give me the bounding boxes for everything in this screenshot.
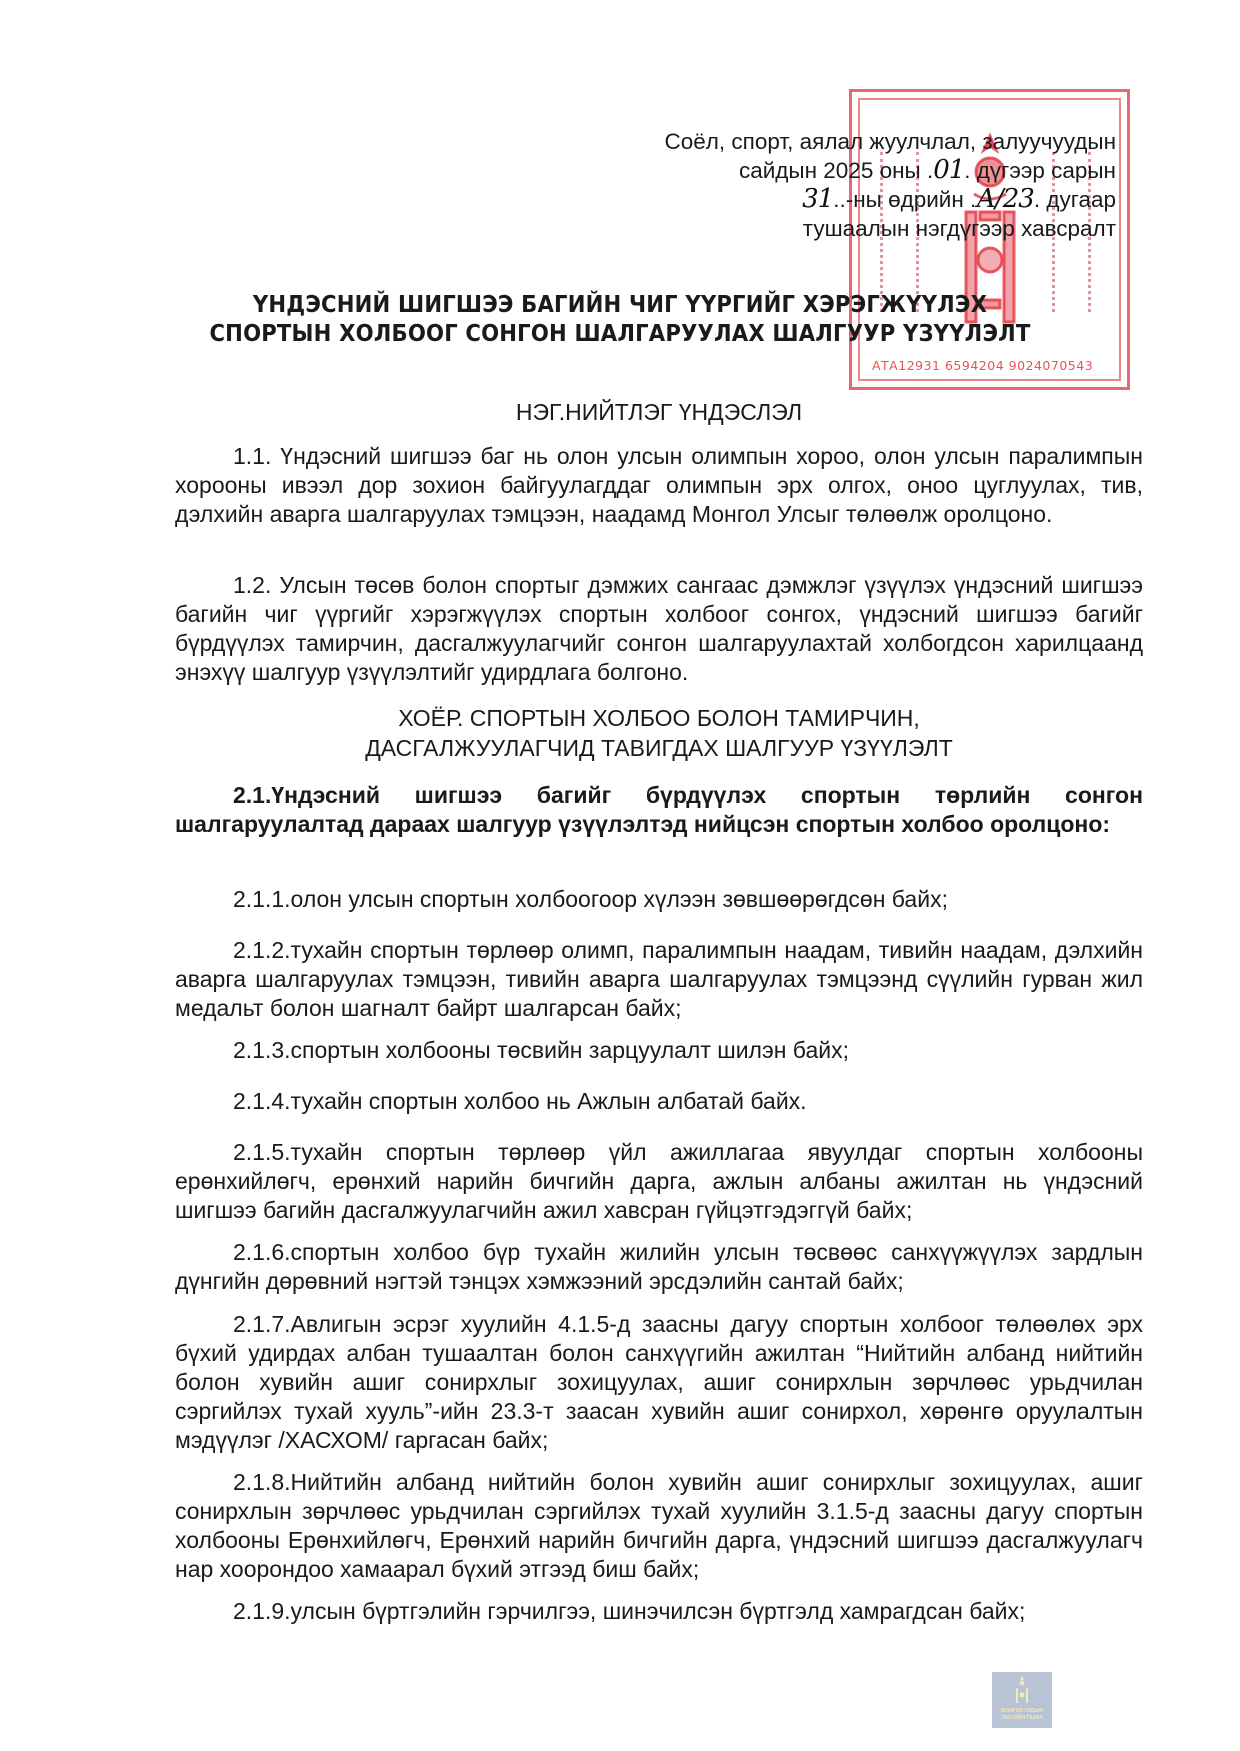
list-item-2-1-9: 2.1.9.улсын бүртгэлийн гэрчилгээ, шинэчи… xyxy=(175,1597,1143,1626)
list-item-2-1-7: 2.1.7.Авлигын эсрэг хуулийн 4.1.5-д заас… xyxy=(175,1310,1143,1455)
attachment-line-3: 31..-ны өдрийн .А/23. дугаар xyxy=(664,185,1116,214)
paragraph-1-1: 1.1. Үндэсний шигшээ баг нь олон улсын о… xyxy=(175,442,1143,529)
handwritten-order-number: А/23 xyxy=(976,184,1034,214)
stamp-code: АТА12931 6594204 9024070543 xyxy=(872,358,1093,373)
paragraph-1-2: 1.2. Улсын төсөв болон спортыг дэмжих са… xyxy=(175,571,1143,687)
list-item-2-1-1: 2.1.1.олон улсын спортын холбоогоор хүлэ… xyxy=(175,885,1143,914)
list-item-2-1-5: 2.1.5.тухайн спортын төрлөөр үйл ажиллаг… xyxy=(175,1138,1143,1225)
attachment-note: Соёл, спорт, аялал жуулчлал, залуучуудын… xyxy=(664,127,1116,243)
handwritten-day: 31 xyxy=(802,184,833,214)
handwritten-month: 01 xyxy=(933,155,964,185)
soyombo-icon xyxy=(1016,1676,1028,1704)
title-line-2: СПОРТЫН ХОЛБООГ СОНГОН ШАЛГАРУУЛАХ ШАЛГУ… xyxy=(50,320,1191,349)
attachment-line-2: сайдын 2025 оны .01. дүгээр сарын xyxy=(664,156,1116,185)
document-title: ҮНДЭСНИЙ ШИГШЭЭ БАГИЙН ЧИГ ҮҮРГИЙГ ХЭРЭГ… xyxy=(50,291,1191,349)
list-item-2-1-2: 2.1.2.тухайн спортын төрлөөр олимп, пара… xyxy=(175,936,1143,1023)
section-heading-1: НЭГ.НИЙТЛЭГ ҮНДЭСЛЭЛ xyxy=(175,397,1143,427)
title-line-1: ҮНДЭСНИЙ ШИГШЭЭ БАГИЙН ЧИГ ҮҮРГИЙГ ХЭРЭГ… xyxy=(50,291,1191,320)
list-item-2-1-8: 2.1.8.Нийтийн албанд нийтийн болон хувий… xyxy=(175,1468,1143,1584)
list-item-2-1-3: 2.1.3.спортын холбооны төсвийн зарцуулал… xyxy=(175,1036,1143,1065)
attachment-line-4: тушаалын нэгдүгээр хавсралт xyxy=(664,214,1116,243)
paragraph-2-1-intro: 2.1.Үндэсний шигшээ багийг бүрдүүлэх спо… xyxy=(175,781,1143,839)
logo-text: МОНГОЛ УЛСЫН ЗАСГИЙН ГАЗАР xyxy=(992,1708,1052,1722)
government-logo: МОНГОЛ УЛСЫН ЗАСГИЙН ГАЗАР xyxy=(992,1672,1052,1728)
list-item-2-1-4: 2.1.4.тухайн спортын холбоо нь Ажлын алб… xyxy=(175,1087,1143,1116)
list-item-2-1-6: 2.1.6.спортын холбоо бүр тухайн жилийн у… xyxy=(175,1238,1143,1296)
attachment-line-1: Соёл, спорт, аялал жуулчлал, залуучуудын xyxy=(664,127,1116,156)
section-heading-2: ХОЁР. СПОРТЫН ХОЛБОО БОЛОН ТАМИРЧИН, ДАС… xyxy=(175,703,1143,763)
document-page: АТА12931 6594204 9024070543 Соёл, спорт,… xyxy=(0,0,1240,1751)
